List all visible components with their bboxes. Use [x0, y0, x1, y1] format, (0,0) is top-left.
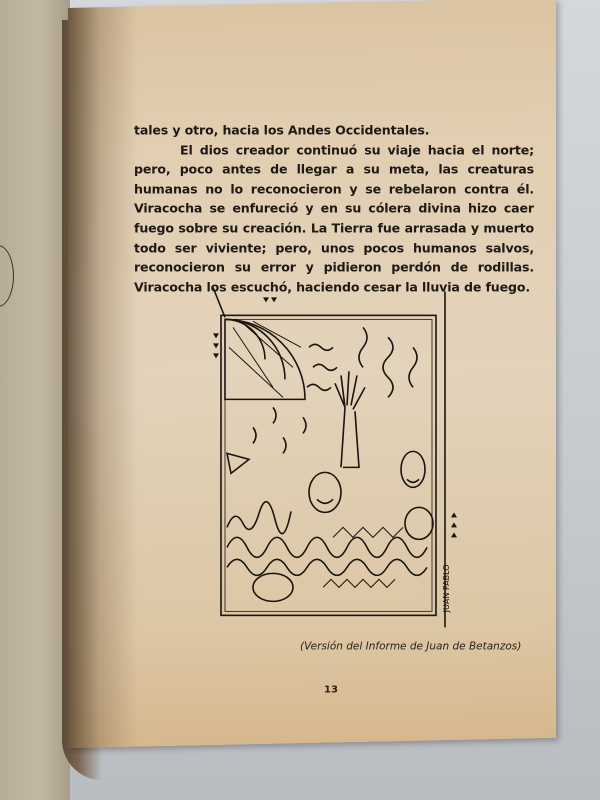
body-text: tales y otro, hacia los Andes Occidental… [134, 120, 534, 296]
pen-doodle-mark [0, 245, 14, 307]
page-number: 13 [324, 684, 338, 695]
fire-rain-illustration: JUAN PABLO [213, 287, 461, 635]
paragraph-viracocha: El dios creador continuó su viaje hacia … [134, 140, 534, 297]
illustration-drawing: JUAN PABLO [213, 287, 461, 635]
illustrator-signature: JUAN PABLO [442, 564, 451, 613]
book-page: tales y otro, hacia los Andes Occidental… [68, 0, 556, 748]
figure-caption: (Versión del Informe de Juan de Betanzos… [300, 640, 560, 652]
paragraph-continuation: tales y otro, hacia los Andes Occidental… [134, 120, 534, 140]
facing-page-edge [0, 0, 70, 800]
gutter-shadow [68, 7, 138, 748]
